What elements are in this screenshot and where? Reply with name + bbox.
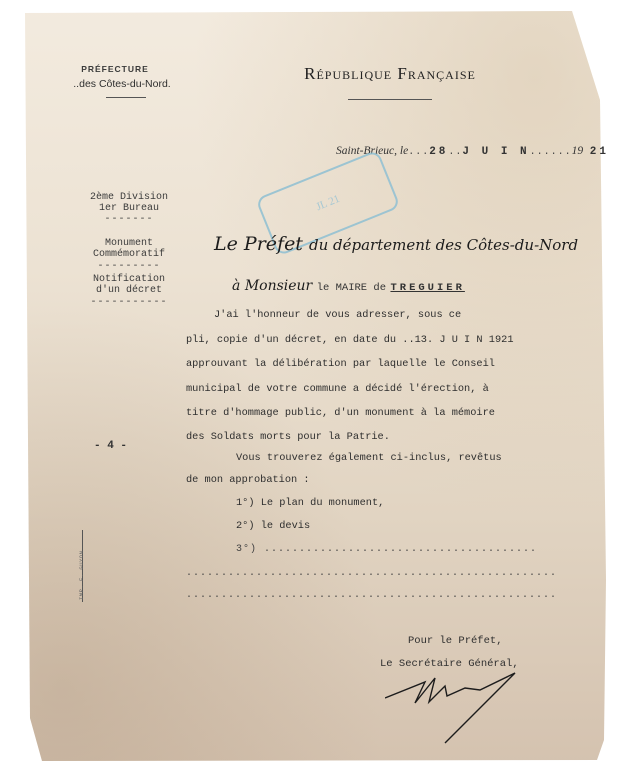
republic-divider (348, 99, 432, 100)
item-2: 2°) le devis (236, 520, 310, 532)
sender-line: Le Préfet du département des Côtes-du-No… (214, 233, 578, 255)
paragraph2-line-1: Vous trouverez également ci-inclus, revê… (236, 452, 502, 464)
margin-notice-1: Notification (76, 274, 182, 285)
item-3: 3°) ....................................… (236, 544, 537, 555)
margin-dash-3: ----------- (76, 297, 182, 308)
date-month: J U I N (462, 146, 529, 158)
body-line-2: pli, copie d'un décret, en date du ..13.… (186, 334, 514, 346)
dotted-line-2: ........................................… (186, 590, 557, 601)
margin-bureau: 1er Bureau (76, 203, 182, 214)
paragraph2-line-2: de mon approbation : (186, 474, 310, 486)
page-number: - 4 - (94, 440, 127, 452)
margin-subject-2: Commémoratif (76, 249, 182, 260)
dotted-line-1: ........................................… (186, 568, 557, 579)
prefecture-title: PRÉFECTURE (60, 64, 170, 74)
margin-notice-2: d'un décret (76, 285, 182, 296)
body-line-6: des Soldats morts pour la Patrie. (186, 431, 390, 443)
date-day: 28 (429, 146, 448, 158)
recipient-title: le MAIRE de (317, 282, 386, 294)
recipient-town: TREGUIER (390, 282, 464, 294)
prefecture-divider (106, 97, 146, 98)
sender-le: Le (214, 233, 238, 255)
recipient-a: à (232, 278, 240, 294)
sender-department: du département des Côtes-du-Nord (309, 236, 578, 254)
handwritten-signature-icon (385, 668, 525, 748)
date-year-suffix: 21 (590, 146, 609, 158)
margin-dash-1: ------- (76, 214, 182, 225)
body-line-1: J'ai l'honneur de vous adresser, sous ce (214, 309, 461, 321)
body-line-3: approuvant la délibération par laquelle … (186, 358, 495, 370)
body-line-4: municipal de votre commune a décidé l'ér… (186, 383, 489, 395)
date-year-prefix: 19 (572, 145, 584, 157)
republic-title: République Française (278, 64, 502, 84)
body-line-5: titre d'hommage public, d'un monument à … (186, 407, 495, 419)
item-1: 1°) Le plan du monument, (236, 497, 384, 509)
recipient-monsieur: Monsieur (245, 278, 312, 294)
sender-prefet: Préfet (244, 233, 303, 255)
stamp-text: JL 21 (314, 193, 341, 213)
prefecture-subtitle: ..des Côtes-du-Nord. (62, 78, 182, 90)
recipient-line: à Monsieur le MAIRE de TREGUIER (232, 278, 465, 294)
margin-dash-2: --------- (76, 261, 182, 272)
signature-line-1: Pour le Préfet, (408, 635, 503, 647)
margin-division: 2ème Division (76, 192, 182, 203)
printer-imprint: IMP. F. GUYON (78, 520, 90, 600)
margin-subject-1: Monument (76, 238, 182, 249)
